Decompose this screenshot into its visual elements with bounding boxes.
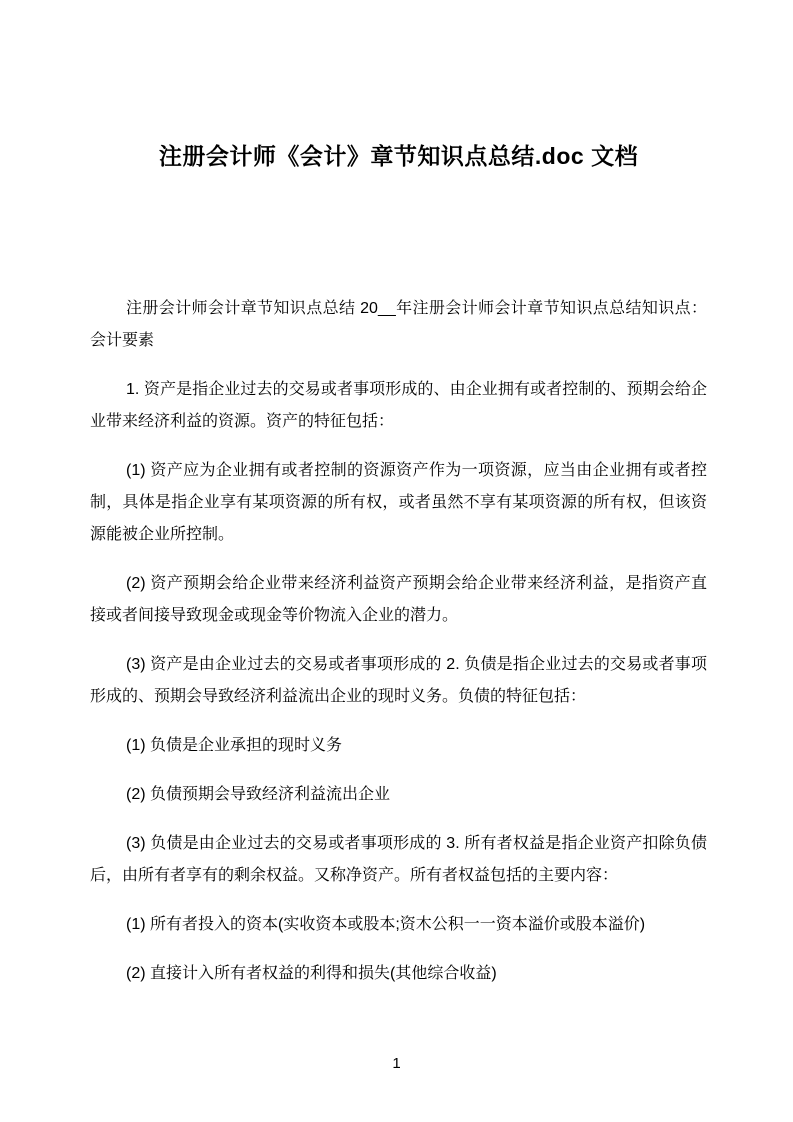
- paragraph-asset-definition: 1. 资产是指企业过去的交易或者事项形成的、由企业拥有或者控制的、预期会给企业带…: [90, 374, 707, 438]
- paragraph-asset-feature-2: (2) 资产预期会给企业带来经济利益资产预期会给企业带来经济利益，是指资产直接或…: [90, 568, 707, 632]
- paragraph-asset-feature-1: (1) 资产应为企业拥有或者控制的资源资产作为一项资源，应当由企业拥有或者控制，…: [90, 455, 707, 551]
- paragraph-equity-item-2: (2) 直接计入所有者权益的利得和损失(其他综合收益): [90, 958, 707, 990]
- document-page: 注册会计师《会计》章节知识点总结.doc 文档 注册会计师会计章节知识点总结 2…: [0, 0, 793, 1122]
- paragraph-asset-feature-3-liability-definition: (3) 资产是由企业过去的交易或者事项形成的 2. 负债是指企业过去的交易或者事…: [90, 649, 707, 713]
- paragraph-liability-feature-2: (2) 负债预期会导致经济利益流出企业: [90, 779, 707, 811]
- document-body: 注册会计师会计章节知识点总结 20__年注册会计师会计章节知识点总结知识点：会计…: [90, 293, 707, 990]
- paragraph-liability-feature-1: (1) 负债是企业承担的现时义务: [90, 730, 707, 762]
- page-number: 1: [0, 1054, 793, 1074]
- paragraph-intro: 注册会计师会计章节知识点总结 20__年注册会计师会计章节知识点总结知识点：会计…: [90, 293, 707, 357]
- document-title: 注册会计师《会计》章节知识点总结.doc 文档: [90, 140, 707, 172]
- paragraph-equity-item-1: (1) 所有者投入的资本(实收资本或股本;资木公积一一资本溢价或股本溢价): [90, 909, 707, 941]
- paragraph-liability-feature-3-equity-definition: (3) 负债是由企业过去的交易或者事项形成的 3. 所有者权益是指企业资产扣除负…: [90, 828, 707, 892]
